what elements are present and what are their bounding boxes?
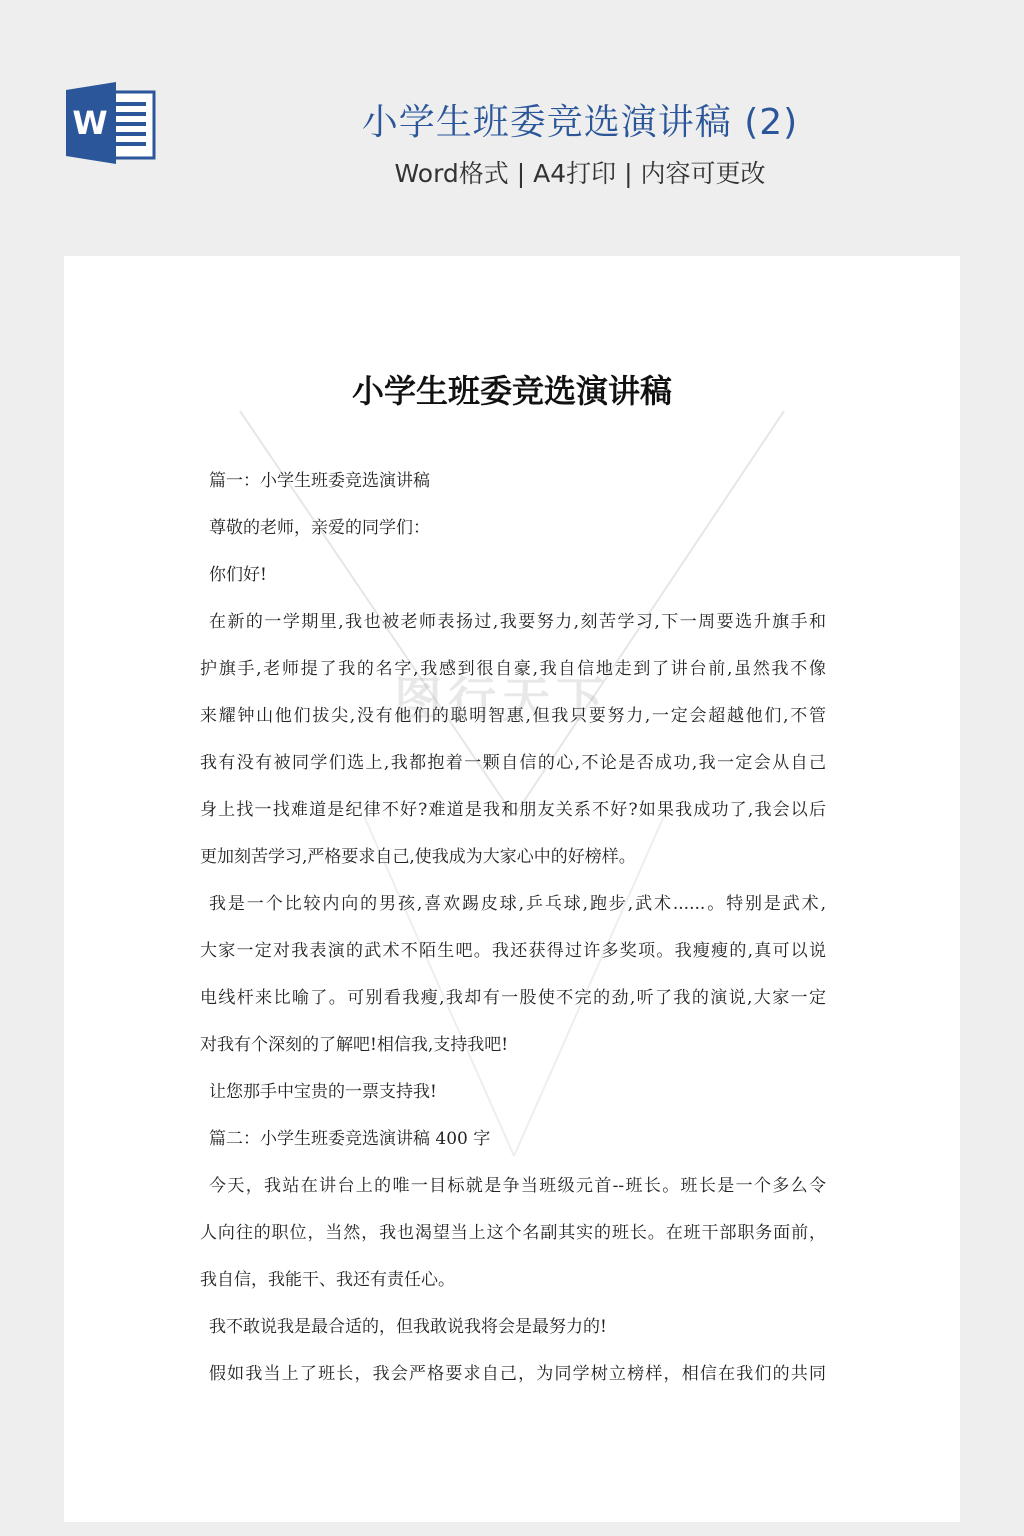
- paragraph-line: 大家一定对我表演的武术不陌生吧。我还获得过许多奖项。我瘦瘦的,真可以说: [200, 936, 826, 983]
- paragraph-line: 身上找一找难道是纪律不好?难道是我和朋友关系不好?如果我成功了,我会以后: [200, 795, 826, 842]
- paragraph-line: 尊敬的老师，亲爱的同学们：: [200, 513, 826, 560]
- document-body: 篇一：小学生班委竞选演讲稿尊敬的老师，亲爱的同学们：你们好!在新的一学期里,我也…: [200, 466, 826, 1406]
- header: W 小学生班委竞选演讲稿 (2) Word格式 | A4打印 | 内容可更改: [0, 0, 1024, 256]
- svg-text:W: W: [72, 104, 107, 142]
- paragraph-line: 篇二：小学生班委竞选演讲稿 400 字: [200, 1124, 826, 1171]
- paragraph-line: 在新的一学期里,我也被老师表扬过,我要努力,刻苦学习,下一周要选升旗手和: [200, 607, 826, 654]
- paragraph-line: 对我有个深刻的了解吧!相信我,支持我吧!: [200, 1030, 826, 1077]
- paragraph-line: 来耀钟山他们拔尖,没有他们的聪明智惠,但我只要努力,一定会超越他们,不管: [200, 701, 826, 748]
- paragraph-line: 人向往的职位，当然，我也渴望当上这个名副其实的班长。在班干部职务面前，: [200, 1218, 826, 1265]
- paragraph-line: 我是一个比较内向的男孩,喜欢踢皮球,乒乓球,跑步,武术......。特别是武术,: [200, 889, 826, 936]
- paragraph-line: 你们好!: [200, 560, 826, 607]
- word-doc-icon: W: [64, 82, 156, 164]
- paragraph-line: 我自信，我能干、我还有责任心。: [200, 1265, 826, 1312]
- document-title: 小学生班委竞选演讲稿: [64, 366, 960, 412]
- document-page: 图行天下 小学生班委竞选演讲稿 篇一：小学生班委竞选演讲稿尊敬的老师，亲爱的同学…: [64, 256, 960, 1522]
- paragraph-line: 护旗手,老师提了我的名字,我感到很自豪,我自信地走到了讲台前,虽然我不像: [200, 654, 826, 701]
- paragraph-line: 篇一：小学生班委竞选演讲稿: [200, 466, 826, 513]
- paragraph-line: 我有没有被同学们选上,我都抱着一颗自信的心,不论是否成功,我一定会从自己: [200, 748, 826, 795]
- format-subtitle: Word格式 | A4打印 | 内容可更改: [300, 154, 860, 190]
- paragraph-line: 今天，我站在讲台上的唯一目标就是争当班级元首--班长。班长是一个多么令: [200, 1171, 826, 1218]
- paragraph-line: 更加刻苦学习,严格要求自己,使我成为大家心中的好榜样。: [200, 842, 826, 889]
- paragraph-line: 假如我当上了班长，我会严格要求自己，为同学树立榜样，相信在我们的共同: [200, 1359, 826, 1406]
- paragraph-line: 我不敢说我是最合适的，但我敢说我将会是最努力的!: [200, 1312, 826, 1359]
- paragraph-line: 电线杆来比喻了。可别看我瘦,我却有一股使不完的劲,听了我的演说,大家一定: [200, 983, 826, 1030]
- page-title: 小学生班委竞选演讲稿 (2): [300, 94, 860, 145]
- paragraph-line: 让您那手中宝贵的一票支持我!: [200, 1077, 826, 1124]
